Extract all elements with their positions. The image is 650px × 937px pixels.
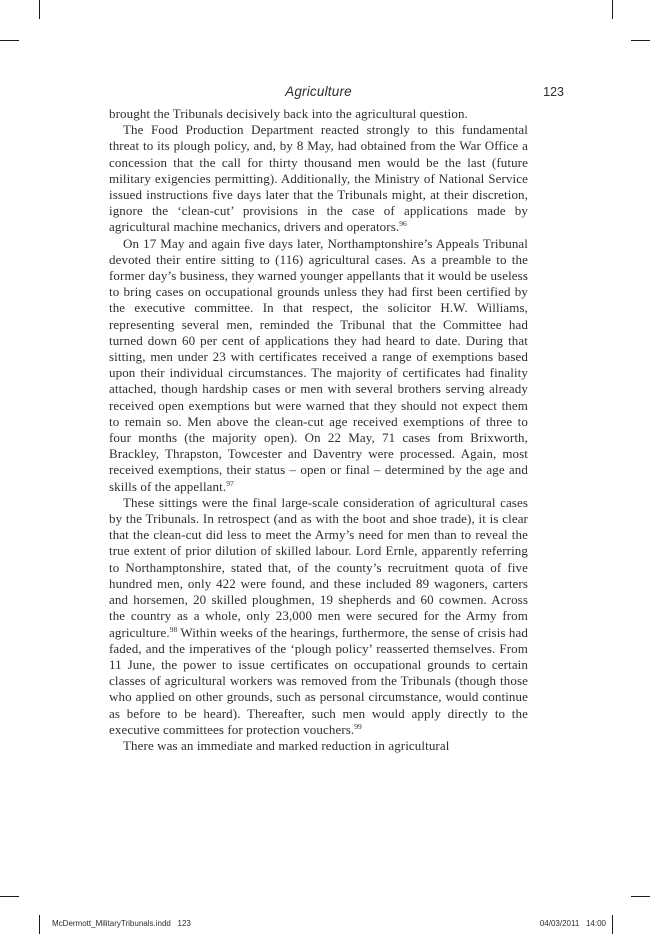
paragraph-text: On 17 May and again five days later, Nor…	[109, 236, 528, 494]
crop-mark-bottom-left-vertical	[39, 915, 40, 934]
paragraph-text: The Food Production Department reacted s…	[109, 122, 528, 234]
footnote-ref-96: 96	[399, 219, 407, 228]
paragraph-continuation: brought the Tribunals decisively back in…	[109, 106, 528, 122]
paragraph-final-sittings: These sittings were the final large-scal…	[109, 495, 528, 738]
paragraph-text: There was an immediate and marked reduct…	[123, 738, 449, 753]
page-number: 123	[530, 85, 564, 99]
paragraph-food-production: The Food Production Department reacted s…	[109, 122, 528, 235]
crop-mark-top-left-horizontal	[0, 40, 19, 41]
footer-timestamp: 04/03/2011 14:00	[540, 919, 606, 928]
crop-mark-bottom-left-horizontal	[0, 896, 19, 897]
body-text: brought the Tribunals decisively back in…	[109, 106, 528, 754]
paragraph-reduction: There was an immediate and marked reduct…	[109, 738, 528, 754]
paragraph-text: These sittings were the final large-scal…	[109, 495, 528, 640]
crop-mark-bottom-right-vertical	[612, 915, 613, 934]
footnote-ref-99: 99	[354, 722, 362, 731]
running-head: Agriculture	[109, 84, 528, 99]
book-page-proof: Agriculture 123 brought the Tribunals de…	[0, 0, 650, 937]
crop-mark-bottom-right-horizontal	[631, 896, 650, 897]
crop-mark-top-right-vertical	[612, 0, 613, 19]
crop-mark-top-right-horizontal	[631, 40, 650, 41]
paragraph-text: brought the Tribunals decisively back in…	[109, 106, 468, 121]
footer-slug-filename: McDermott_MilitaryTribunals.indd 123	[52, 919, 191, 928]
footnote-ref-97: 97	[226, 479, 234, 488]
paragraph-appeals-tribunal: On 17 May and again five days later, Nor…	[109, 236, 528, 495]
crop-mark-top-left-vertical	[39, 0, 40, 19]
paragraph-text: Within weeks of the hearings, furthermor…	[109, 625, 528, 737]
